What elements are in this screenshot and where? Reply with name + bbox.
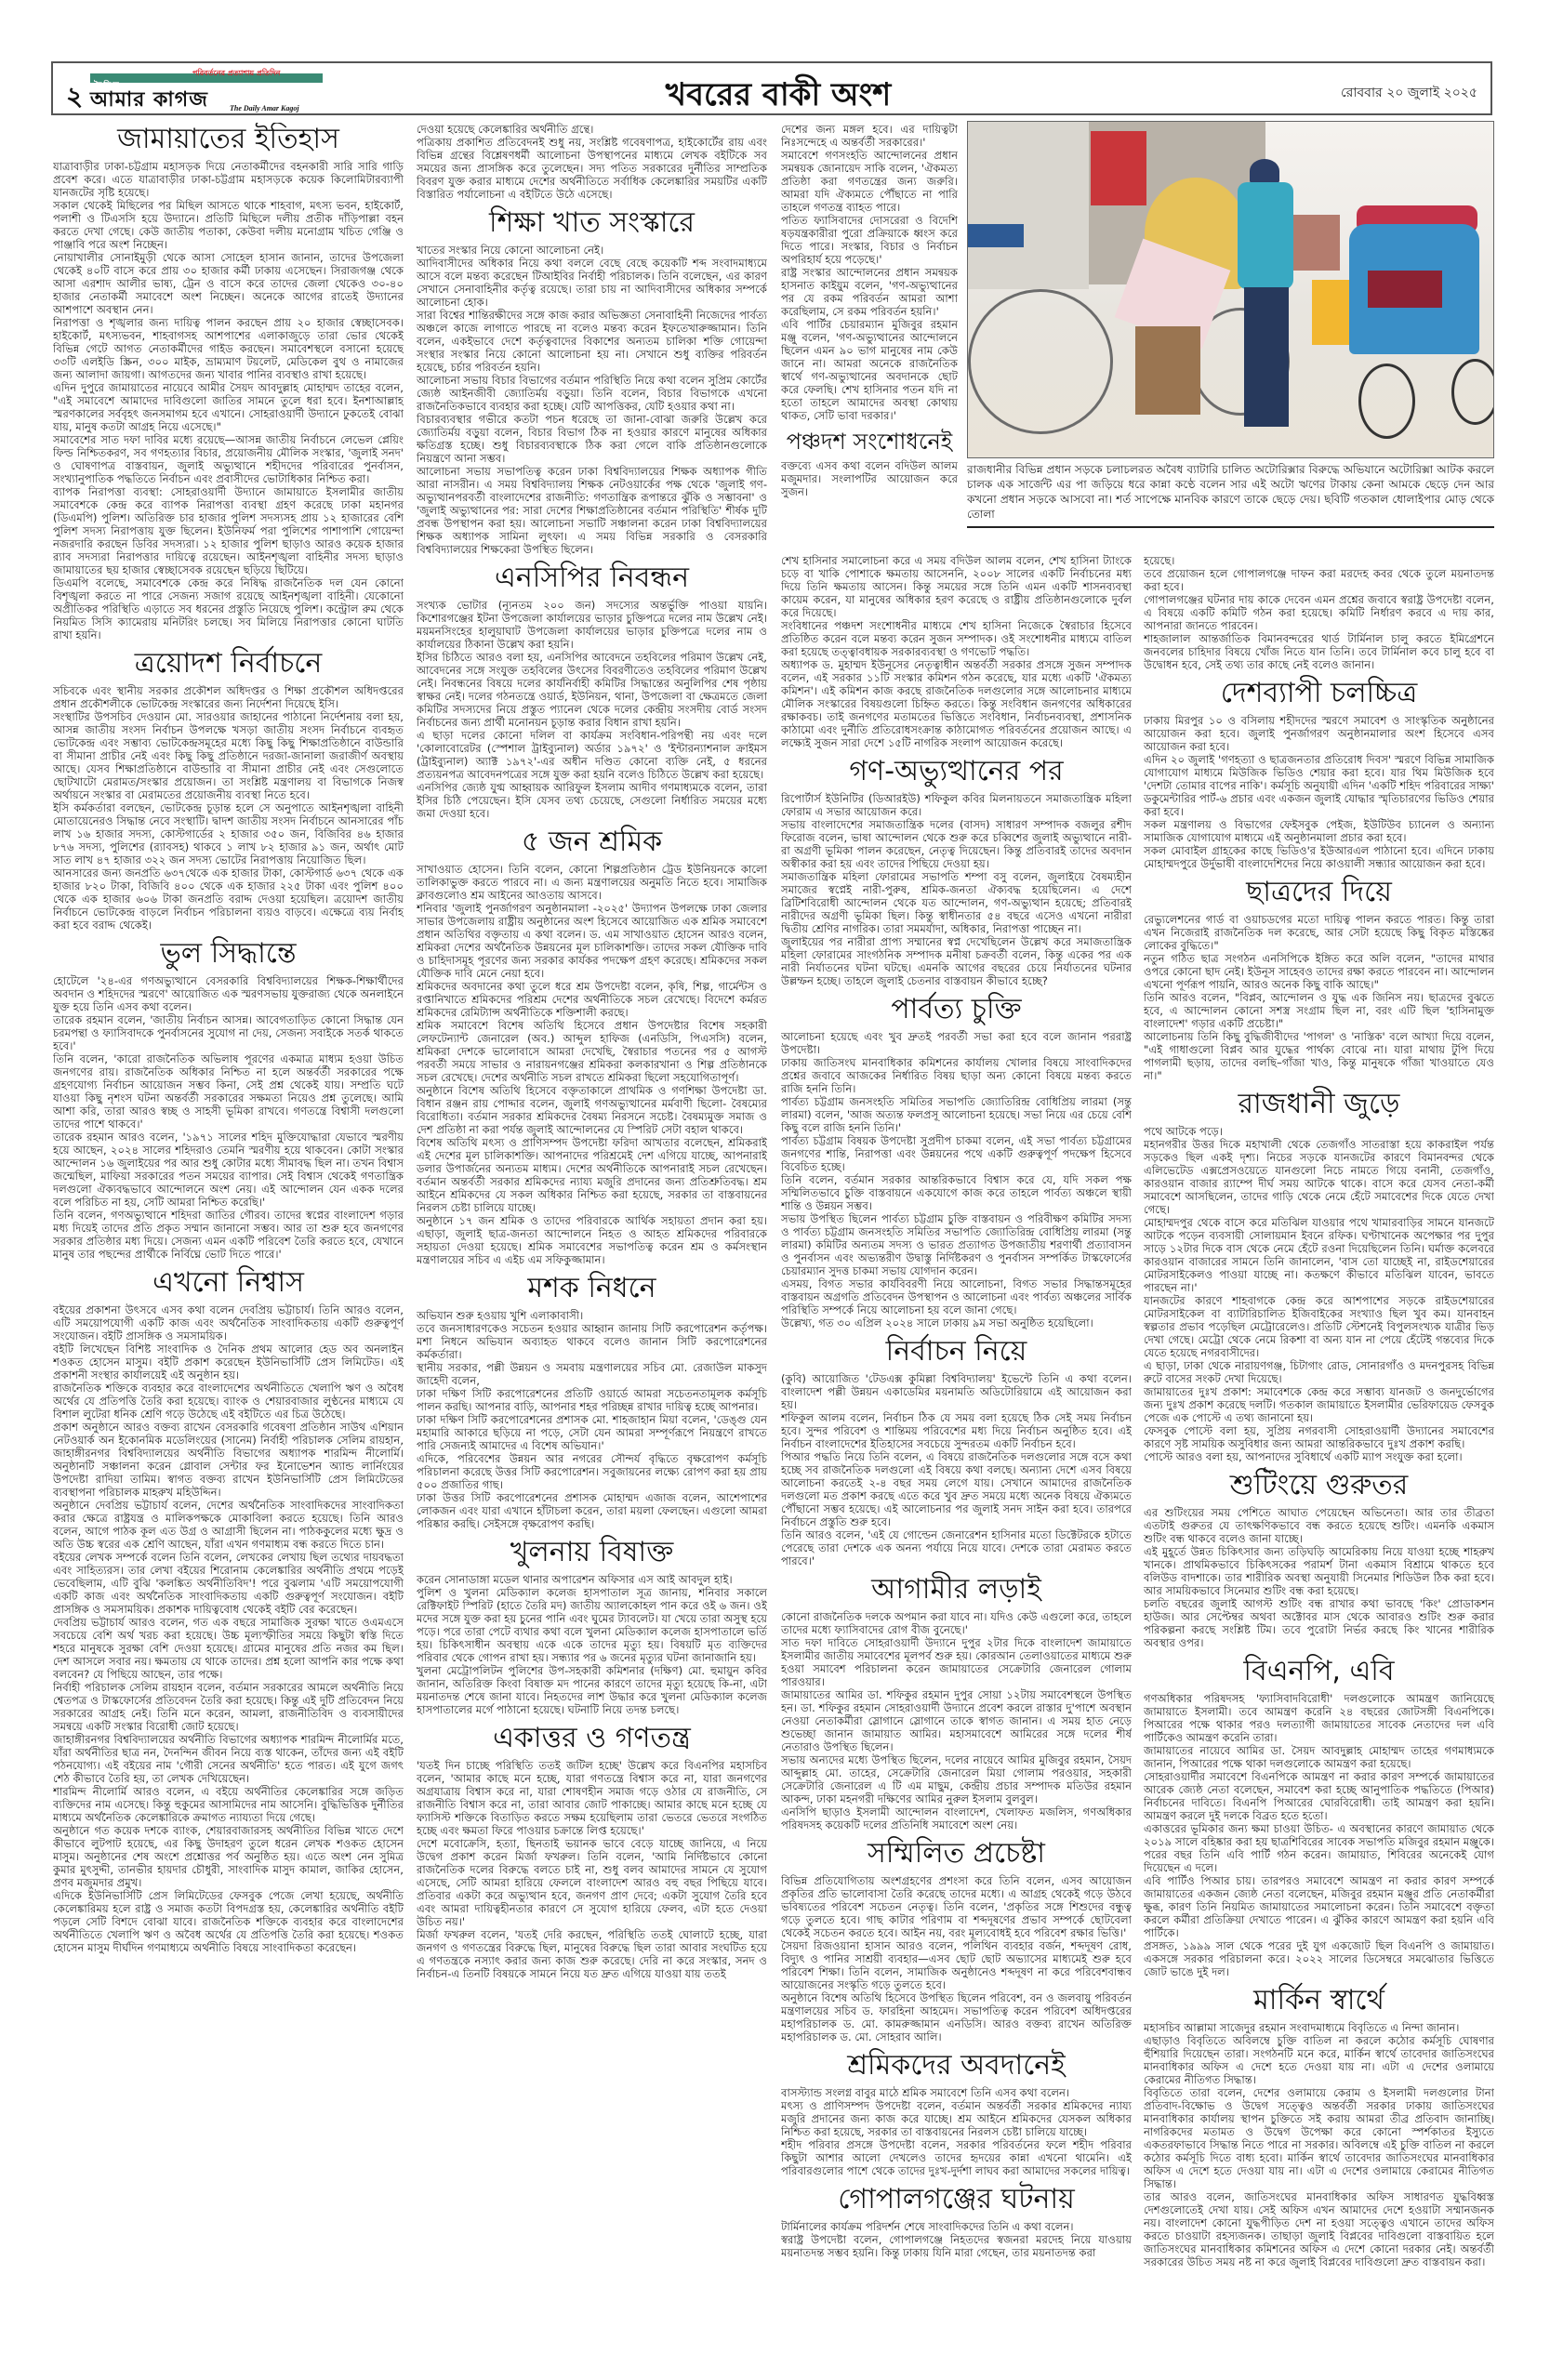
article-paragraph: তারেক রহমান বলেন, 'জাতীয় নির্বাচন আসন্ন… [53,1013,404,1052]
article-paragraph: অনুষ্ঠানে বিশেষ অতিথি হিসেবে উপস্থিত ছিল… [781,1991,1132,2043]
article-paragraph: সমাবেশে গণসংহতি আন্দোলনের প্রধান সমন্বয়… [781,149,958,214]
article-paragraph: শনিবার 'জুলাই পুনর্জাগরণ অনুষ্ঠানমালা -২… [417,902,767,980]
headline: ছাত্রদের দিয়ে [1144,876,1494,909]
article-paragraph: শেখ হাসিনার সমালোচনা করে এ সময় বদিউল আল… [781,554,1132,619]
article-paragraph: দেশের জন্য মঙ্গল হবে। এর দায়িত্বটা নিঃস… [781,123,958,149]
article-paragraph: জামায়াতের দুঃখ প্রকাশ: সমাবেশকে কেন্দ্র… [1144,1385,1494,1424]
headline: মশক নিধনে [417,1272,767,1305]
article-paragraph: কোনো রাজনৈতিক দলকে অপমান করা যাবে না। যদ… [781,1610,1132,1636]
photo-police-officer-figure [1233,159,1298,438]
article-paragraph: নতুন গঠিত ছাত্র সংগঠন এনসিপিকে ইঙ্গিত কর… [1144,952,1494,991]
photo-traffic-barrier [1312,280,1349,345]
article-paragraph: সংস্থাটির উপসচিব দেওয়ান মো. সারওয়ার জা… [53,710,404,801]
headline: এনসিপির নিবন্ধন [417,562,767,595]
logo-tagline: পরিবর্তনের প্রত্যাশায় প্রতিদিন [192,68,280,80]
article-paragraph: অনুষ্ঠানে গত কয়েক দশকে ব্যাংক, শেয়ারবা… [53,1824,404,1889]
headline: শুটিংয়ে গুরুতর [1144,1469,1494,1502]
article-paragraph: দেশে মবোক্রেসি, হত্যা, ছিনতাই ভয়ানক ভাব… [417,1837,767,1928]
article-paragraph: তিনি বলেন, গণঅভ্যুত্থানে শহিদরা জাতির গৌ… [53,1209,404,1261]
article-paragraph: বইয়ের প্রকাশনা উৎসবে এসব কথা বলেন দেবপ্… [53,1303,404,1342]
headline: রাজধানী জুড়ে [1144,1088,1494,1121]
photo-building-left [968,122,1089,289]
article-paragraph: বিশেষ অতিথি মৎস্য ও প্রাণিসম্পদ উপদেষ্টা… [417,1136,767,1214]
article-paragraph: ব্যাপক নিরাপত্তা ব্যবস্থা: সোহরাওয়ার্দী… [53,485,404,576]
article-paragraph: জুলাইয়ের পর নারীরা প্রাপ্য সম্মানের স্ব… [781,935,1132,987]
article-paragraph: প্রসঙ্গত, ১৯৯৯ সাল থেকে পরের দুই যুগ একজ… [1144,1939,1494,1978]
article-paragraph: তারেক রহমান আরও বলেন, '১৯৭১ সালের শহিদ ম… [53,1130,404,1209]
news-photo[interactable] [967,121,1494,458]
page-section-title: খবরের বাকী অংশ [499,71,1057,124]
article-paragraph: এছাড়াও বিবৃতিতে অবিলম্বে চুক্তি বাতিল ন… [1144,2034,1494,2086]
article-paragraph: অনুষ্ঠানে দেবপ্রিয় ভট্টাচার্য বলেন, দেশ… [53,1499,404,1551]
article-paragraph: ঢাকা দক্ষিণ সিটি করপোরেশনের প্রশাসক মো. … [417,1413,767,1452]
article-paragraph: সংবিধানের পঞ্চদশ সংশোধনীর মাধ্যমে শেখ হা… [781,619,1132,658]
article-paragraph: গোপালগঞ্জের ঘটনার দায় কাকে দেবেন এমন প্… [1144,593,1494,632]
article-paragraph: সভায় অন্যদের মধ্যে উপস্থিত ছিলেন, দলের … [781,1753,1132,1805]
article-paragraph: শহীদ পরিবার প্রসঙ্গে উপদেষ্টা বলেন, সরকা… [781,2138,1132,2177]
article-paragraph: টার্মিনালের কার্যক্রম পরিদর্শন শেষে সাংব… [781,2220,1132,2233]
article-paragraph: বিভিন্ন প্রতিযোগিতায় অংশগ্রহণের প্রশংসা… [781,1874,1132,1939]
article-paragraph: রিপোর্টার্স ইউনিটির (ডিআরইউ) শফিকুল কবির… [781,792,1132,818]
article-paragraph: সংখ্যক ভোটার (ন্যূনতম ২০০ জন) সদস্যের অন… [417,599,767,651]
logo-english-name: The Daily Amar Kagoj [230,104,299,112]
article-paragraph: জাহাঙ্গীরনগর বিশ্ববিদ্যালয়ের অর্থনীতি ব… [53,1733,404,1785]
article-paragraph: তার আরও বলেন, জাতিসংঘের মানবাধিকার অফিস … [1144,2190,1494,2268]
article-paragraph: আলোচনা সভায় সভাপতিত্ব করেন ঢাকা বিশ্ববি… [417,465,767,556]
article-paragraph: তিনি বলেন, 'কারো রাজনৈতিক অভিলাষ পূরণের … [53,1052,404,1130]
headline: শিক্ষা খাত সংস্কারে [417,206,767,240]
article-paragraph: দেবপ্রিয় ভট্টাচার্য আরও বলেন, গত এক বছর… [53,1616,404,1681]
article-paragraph: চলতি বছরের জুলাই আগস্ট শুটিং বন্ধ রাখার … [1144,1597,1494,1649]
article-paragraph: বাসস্ট্যান্ড সংলগ্ন বাবুর মাঠে শ্রমিক সম… [781,2086,1132,2099]
headline: ত্রয়োদশ নির্বাচনে [53,647,404,681]
article-paragraph: এই মুহূর্তে উন্নত চিকিৎসার জন্য তড়িঘড়ি… [1144,1545,1494,1597]
article-paragraph: আনসারের জন্য জনপ্রতি ৬৩৭থেকে এক হাজার টা… [53,866,404,932]
photo-driver-figure [1107,252,1238,419]
article-paragraph: ইসি কর্মকর্তারা বলছেন, ভোটকেন্দ্র চূড়ান… [53,801,404,866]
article-paragraph: এবি পার্টির চেয়ারম্যান মুজিবুর রহমান মঞ… [781,318,958,422]
article-paragraph: যানজটের কারণে শাহবাগকে কেন্দ্র করে আশপাশ… [1144,1294,1494,1359]
photo-autorickshaw-wheel-icon [1451,359,1494,425]
article-paragraph: ঢাকায় মিরপুর ১০ ও বসিলায় শহীদদের স্মরণ… [1144,714,1494,753]
article-paragraph: শারমিন্দ নীলোর্মি আরও বলেন, এ বইয়ে অর্থ… [53,1785,404,1824]
article-paragraph: পুলিশ ও খুলনা মেডিক্যাল কলেজ হাসপাতাল সূ… [417,1586,767,1664]
photo-autorickshaw-wheel-icon [1358,364,1415,439]
article-paragraph: পার্বত্য চট্টগ্রাম বিষয়ক উপদেষ্টা সুপ্র… [781,1134,1132,1173]
article-paragraph: সকল মন্ত্রণালয় ও বিভাগের ফেইসবুক পেইজ, … [1144,818,1494,844]
headline: পার্বত্য চুক্তি [781,993,1132,1026]
article-paragraph: সৈয়দা রিজওয়ানা হাসান আরও বলেন, পলিথিন … [781,1939,1132,1991]
article-paragraph: নোয়াখালীর সোনাইমুড়ী থেকে আসা সোহেল হাস… [53,251,404,316]
article-paragraph: এর শুটিংয়ের সময় পেশিতে আঘাত পেয়েছেন অ… [1144,1506,1494,1545]
headline: জামায়াতের ইতিহাস [53,123,404,156]
article-paragraph: পিআর পদ্ধতি নিয়ে তিনি বলেন, এ বিষয়ে রা… [781,1450,1132,1528]
article-paragraph: এনসিপি ছাড়াও ইসলামী আন্দোলন বাংলাদেশ, খ… [781,1805,1132,1831]
page-number: ২ [66,76,83,120]
article-paragraph: রেভ্যুলেশনের গার্ড বা ওয়াচডগের মতো দায়… [1144,913,1494,952]
headline: এখনো নিশ্বাস [53,1266,404,1300]
headline: বিএনপি, এবি [1144,1655,1494,1688]
article-paragraph: দেওয়া হয়েছে কেলেঙ্কারির অর্থনীতি গ্রন্… [417,123,767,136]
headline: খুলনায় বিষাক্ত [417,1536,767,1569]
article-paragraph: হোটেলে '২৪-এর গণঅভ্যুত্থানে বেসরকারি বিশ… [53,974,404,1013]
article-paragraph: তিনি বলেন, বর্তমান সরকার আন্তরিকভাবে বিশ… [781,1173,1132,1212]
article-paragraph: আদিবাসীদের অধিকার নিয়ে কথা বললে বেছে বে… [417,257,767,309]
article-paragraph: এদিন দুপুরে জামায়াতের নায়েবে আমীর সৈয়… [53,381,404,433]
article-paragraph: শফিকুল আলম বলেন, নির্বাচন ঠিক যে সময় বল… [781,1411,1132,1450]
article-paragraph: সাত দফা দাবিতে সোহরাওয়ার্দী উদ্যানে দুপ… [781,1636,1132,1688]
article-paragraph: পতিত ফ্যাসিবাদের দোসরেরা ও বিদেশি ষড়যন্… [781,214,958,266]
article-paragraph: মোহাম্মদপুর থেকে বাসে করে মতিঝিল যাওয়ার… [1144,1216,1494,1294]
article-paragraph: সচিবকে এবং স্থানীয় সরকার প্রকৌশল অধিদপ্… [53,684,404,710]
article-paragraph: শ্রমিক সমাবেশে বিশেষ অতিথি হিসেবে প্রধান… [417,1019,767,1084]
article-paragraph: এদিন ২০ জুলাই 'গণহত্যা ও ছাত্রজনতার প্রত… [1144,753,1494,818]
article-paragraph: পোস্টে আরও বলা হয়, আপনাদের সুবিধার্থে এ… [1144,1450,1494,1463]
article-paragraph: গণঅধিকার পরিষদসহ 'ফ্যাসিবাদবিরোধী' দলগুল… [1144,1692,1494,1744]
logo-name: আমার কাগজ [90,84,208,118]
column-1: জামায়াতের ইতিহাস যাত্রাবাড়ীর ঢাকা-চট্ট… [53,123,404,2326]
headline: আগামীর লড়াই [781,1573,1132,1606]
photo-autorickshaw [1349,205,1479,391]
article-paragraph: এবি পার্টিও পিআর চায়। তারপরও সমাবেশে আম… [1144,1874,1494,1939]
article-paragraph: সভায় উপস্থিত ছিলেন পার্বত্য চট্টগ্রাম চ… [781,1212,1132,1277]
headline: দেশব্যাপী চলচ্চিত্র [1144,677,1494,710]
headline: নির্বাচন নিয়ে [781,1335,1132,1368]
photo-building-right [1293,215,1340,271]
headline: পঞ্চদশ সংশোধনেই [781,428,958,456]
photo-red-signboard [1091,131,1146,205]
article-paragraph: উল্লেখ্য, গত ৩০ এপ্রিল ২০২৪ সালে ঢাকায় … [781,1316,1132,1329]
article-paragraph: ঢাকা দক্ষিণ সিটি করপোরেশনের প্রতিটি ওয়া… [417,1387,767,1413]
article-paragraph: রাজনৈতিক শক্তিকে ব্যবহার করে বাংলাদেশের … [53,1382,404,1421]
article-paragraph: অধ্যাপক ড. মুহাম্মদ ইউনূসের নেতৃত্বাধীন … [781,658,1132,749]
article-paragraph: মৎস্য ও প্রাণিসম্পদ উপদেষ্টা বলেন, বর্তম… [781,2099,1132,2138]
article-paragraph: ঢাকায় জাতিসংঘ মানবাধিকার কমিশনের কার্যা… [781,1056,1132,1095]
article-paragraph: এনসিপির জ্যেষ্ঠ যুগ্ম আহ্বায়ক আরিফুল ইস… [417,781,767,820]
article-paragraph: পত্রিকায় প্রকাশিত প্রতিবেদনই শুধু নয়, … [417,136,767,201]
article-paragraph: স্থানীয় সরকার, পল্লী উন্নয়ন ও সমবায় ম… [417,1361,767,1387]
headline: একাত্তর ও গণতন্ত্র [417,1722,767,1755]
photo-blue-signboard [968,224,1024,247]
article-paragraph: মির্জা ফখরুল বলেন, 'যতই দেরি করছেন, পরিস… [417,1928,767,1980]
column-2: দেওয়া হয়েছে কেলেঙ্কারির অর্থনীতি গ্রন্… [417,123,767,2326]
masthead-header: ২ দৈনিক পরিবর্তনের প্রত্যাশায় প্রতিদিন … [51,61,1492,115]
headline: গণ-অভ্যুত্থানের পর [781,755,1132,788]
headline: মার্কিন স্বার্থে [1144,1984,1494,2017]
article-paragraph: নিরাপত্তা ও শৃঙ্খলার জন্য দায়িত্ব পালন … [53,316,404,381]
headline: সম্মিলিত প্রচেষ্টা [781,1837,1132,1871]
article-paragraph: এ ছাড়া, ঢাকা থেকে নারায়ণগঞ্জ, চিটাগাং … [1144,1359,1494,1385]
article-paragraph: সারা বিশ্বের শান্তিরক্ষীদের সঙ্গে কাজ কর… [417,309,767,374]
column-3: শেখ হাসিনার সমালোচনা করে এ সময় বদিউল আল… [781,554,1132,2326]
article-paragraph: তিনি আরও বলেন, "বিপ্লব, আন্দোলন ও যুদ্ধ … [1144,991,1494,1030]
headline: ৫ জন শ্রমিক [417,826,767,859]
article-paragraph: বইটি লিখেছেন বিশিষ্ট সাংবাদিক ও দৈনিক প্… [53,1342,404,1382]
article-paragraph: একাত্তরের ভূমিকার জন্য ক্ষমা চাওয়া উচিত… [1144,1822,1494,1874]
column-4: হয়েছে। তবে প্রয়োজন হলে গোপালগঞ্জে দাফন… [1144,554,1494,2326]
article-paragraph: আলোচনায় তিনি কিছু বুদ্ধিজীবীদের 'পাগল' … [1144,1030,1494,1082]
newspaper-logo[interactable]: দৈনিক পরিবর্তনের প্রত্যাশায় প্রতিদিন আম… [90,68,332,112]
article-paragraph: সমাজতান্ত্রিক মহিলা ফোরামের সভাপতি শম্পা… [781,870,1132,935]
article-paragraph: করেন সোনাডাঙ্গা মডেল থানার অপারেশন অফিসা… [417,1573,767,1586]
article-paragraph: ঢাকা উত্তর সিটি করপোরেশনের প্রশাসক মোহাম… [417,1491,767,1530]
article-paragraph: সোহরাওয়ার্দীর সমাবেশে বিএনপিকে আমন্ত্রণ… [1144,1770,1494,1822]
article-paragraph: মহানগরীর উত্তর দিকে মহাখালী থেকে তেজগাঁও… [1144,1138,1494,1216]
article-paragraph: মহাসচিব আল্লামা সাজেদুর রহমান সংবাদমাধ্য… [1144,2021,1494,2034]
article-paragraph: স্বরাষ্ট্র উপদেষ্টা বলেন, গোপালগঞ্জে নিহ… [781,2233,1132,2259]
article-paragraph: এসময়, বিগত সভার কার্যবিবরণী নিয়ে আলোচন… [781,1277,1132,1316]
article-paragraph: ইসির চিঠিতে আরও বলা হয়, এনসিপির আবেদনে … [417,651,767,729]
column-3-narrow: দেশের জন্য মঙ্গল হবে। এর দায়িত্বটা নিঃস… [781,123,958,552]
article-paragraph: শাহজালাল আন্তর্জাতিক বিমানবন্দরের থার্ড … [1144,632,1494,671]
photo-rickshaw-wheel-icon [968,289,1113,434]
article-paragraph: সমাবেশের সাত দফা দাবির মধ্যে রয়েছে—আসন্… [53,433,404,485]
headline: শ্রমিকদের অবদানেই [781,2049,1132,2082]
headline: গোপালগঞ্জের ঘটনায় [781,2183,1132,2216]
publication-date: রোববার ২০ জুলাই ২০২৫ [1341,82,1477,104]
article-paragraph: (কুবি) আয়োজিত 'টেডএক্স কুমিল্লা বিশ্ববি… [781,1372,1132,1411]
article-paragraph: প্রকাশ অনুষ্ঠানে আরও বক্তব্য রাখেন বেসরক… [53,1421,404,1499]
article-paragraph: বক্তব্যে এসব কথা বলেন বদিউল আলম মজুমদার।… [781,459,958,498]
article-paragraph: অভিযান শুরু হওয়ায় খুশি এলাকাবাসী। [417,1309,767,1322]
article-paragraph: আলোচনা সভায় বিচার বিভাগের বর্তমান পরিস্… [417,374,767,413]
article-paragraph: সভায় বাংলাদেশের সমাজতান্ত্রিক দলের (বাস… [781,818,1132,870]
article-paragraph: যাত্রাবাড়ীর ঢাকা-চট্টগ্রাম মহাসড়ক দিয়… [53,160,404,199]
article-paragraph: সকাল থেকেই মিছিলের পর মিছিল আসতে থাকে শা… [53,199,404,251]
photo-caption: রাজধানীর বিভিন্ন প্রধান সড়কে চলাচলরত অব… [967,462,1494,528]
article-paragraph: 'যতই দিন চাচ্ছে পরিস্থিতি ততই জটিল হচ্ছে… [417,1759,767,1837]
article-paragraph: হয়েছে। [1144,554,1494,567]
article-paragraph: জামায়াতের নায়েবে আমির ডা. সৈয়দ আবদুল্… [1144,1744,1494,1770]
article-paragraph: তিনি আরও বলেন, 'এই যে গোল্ডেন জেনারেশন হ… [781,1528,1132,1567]
article-paragraph: নির্বাহী পরিচালক সেলিম রায়হান বলেন, বর্… [53,1681,404,1733]
article-paragraph: অনুষ্ঠানে ১৭ জন শ্রমিক ও তাদের পরিবারকে … [417,1214,767,1266]
article-paragraph: অনুষ্ঠানে বিশেষ অতিথি হিসেবে বক্তৃতাকালে… [417,1084,767,1136]
article-paragraph: ডিএমপি বলেছে, সমাবেশকে কেন্দ্র করে নিষিদ… [53,576,404,641]
article-paragraph: ফেসবুক পোস্টে বলা হয়, সুপ্রিয় নগরবাসী … [1144,1424,1494,1450]
article-paragraph: তবে জনসাধারণকেও সচেতন হওয়ার আহ্বান জানা… [417,1322,767,1361]
article-paragraph: বিচারব্যবস্থার গভীরে কতটা পচন ধরেছে তা জ… [417,413,767,465]
article-paragraph: এ ছাড়া দলের কোনো দলিল বা কার্যক্রম সংবি… [417,729,767,781]
article-paragraph: সাখাওয়াত হোসেন। তিনি বলেন, কোনো শিল্পপ্… [417,863,767,902]
article-paragraph: পার্বত্য চট্টগ্রাম জনসংহতি সমিতির সভাপতি… [781,1095,1132,1134]
article-paragraph: পথে আটকে পড়ে। [1144,1125,1494,1138]
article-paragraph: বিবৃতিতে তারা বলেন, দেশের ওলামায়ে কেরাম… [1144,2086,1494,2190]
article-paragraph: শ্রমিকদের অবদানের কথা তুলে ধরে শ্রম উপদে… [417,980,767,1019]
article-paragraph: আলোচনা হয়েছে এবং খুব দ্রুতই পরবর্তী সভা… [781,1030,1132,1056]
article-paragraph: এদিকে ইউনিভার্সিটি প্রেস লিমিটেডের ফেসবু… [53,1889,404,1954]
article-paragraph: জামায়াতের আমির ডা. শফিকুর রহমান দুপুর স… [781,1688,1132,1753]
article-paragraph: রাষ্ট্র সংস্কার আন্দোলনের প্রধান সমন্বয়… [781,266,958,318]
article-paragraph: খাতের সংস্কার নিয়ে কোনো আলোচনা নেই। [417,244,767,257]
article-paragraph: বইয়ের লেখক সম্পর্কে বলেন তিনি বলেন, লেখ… [53,1551,404,1616]
article-paragraph: সকল মোবাইল গ্রাহকের কাছে ভিডিও'র ইউআরএল … [1144,844,1494,870]
article-paragraph: তবে প্রয়োজন হলে গোপালগঞ্জে দাফন করা মরদ… [1144,567,1494,593]
article-paragraph: এদিকে, পরিবেশের উন্নয়ন আর নগরের সৌন্দর্… [417,1452,767,1491]
article-paragraph: খুলনা মেট্রোপলিটন পুলিশের উপ-সহকারী কমিশ… [417,1664,767,1716]
headline: ভুল সিদ্ধান্তে [53,937,404,971]
